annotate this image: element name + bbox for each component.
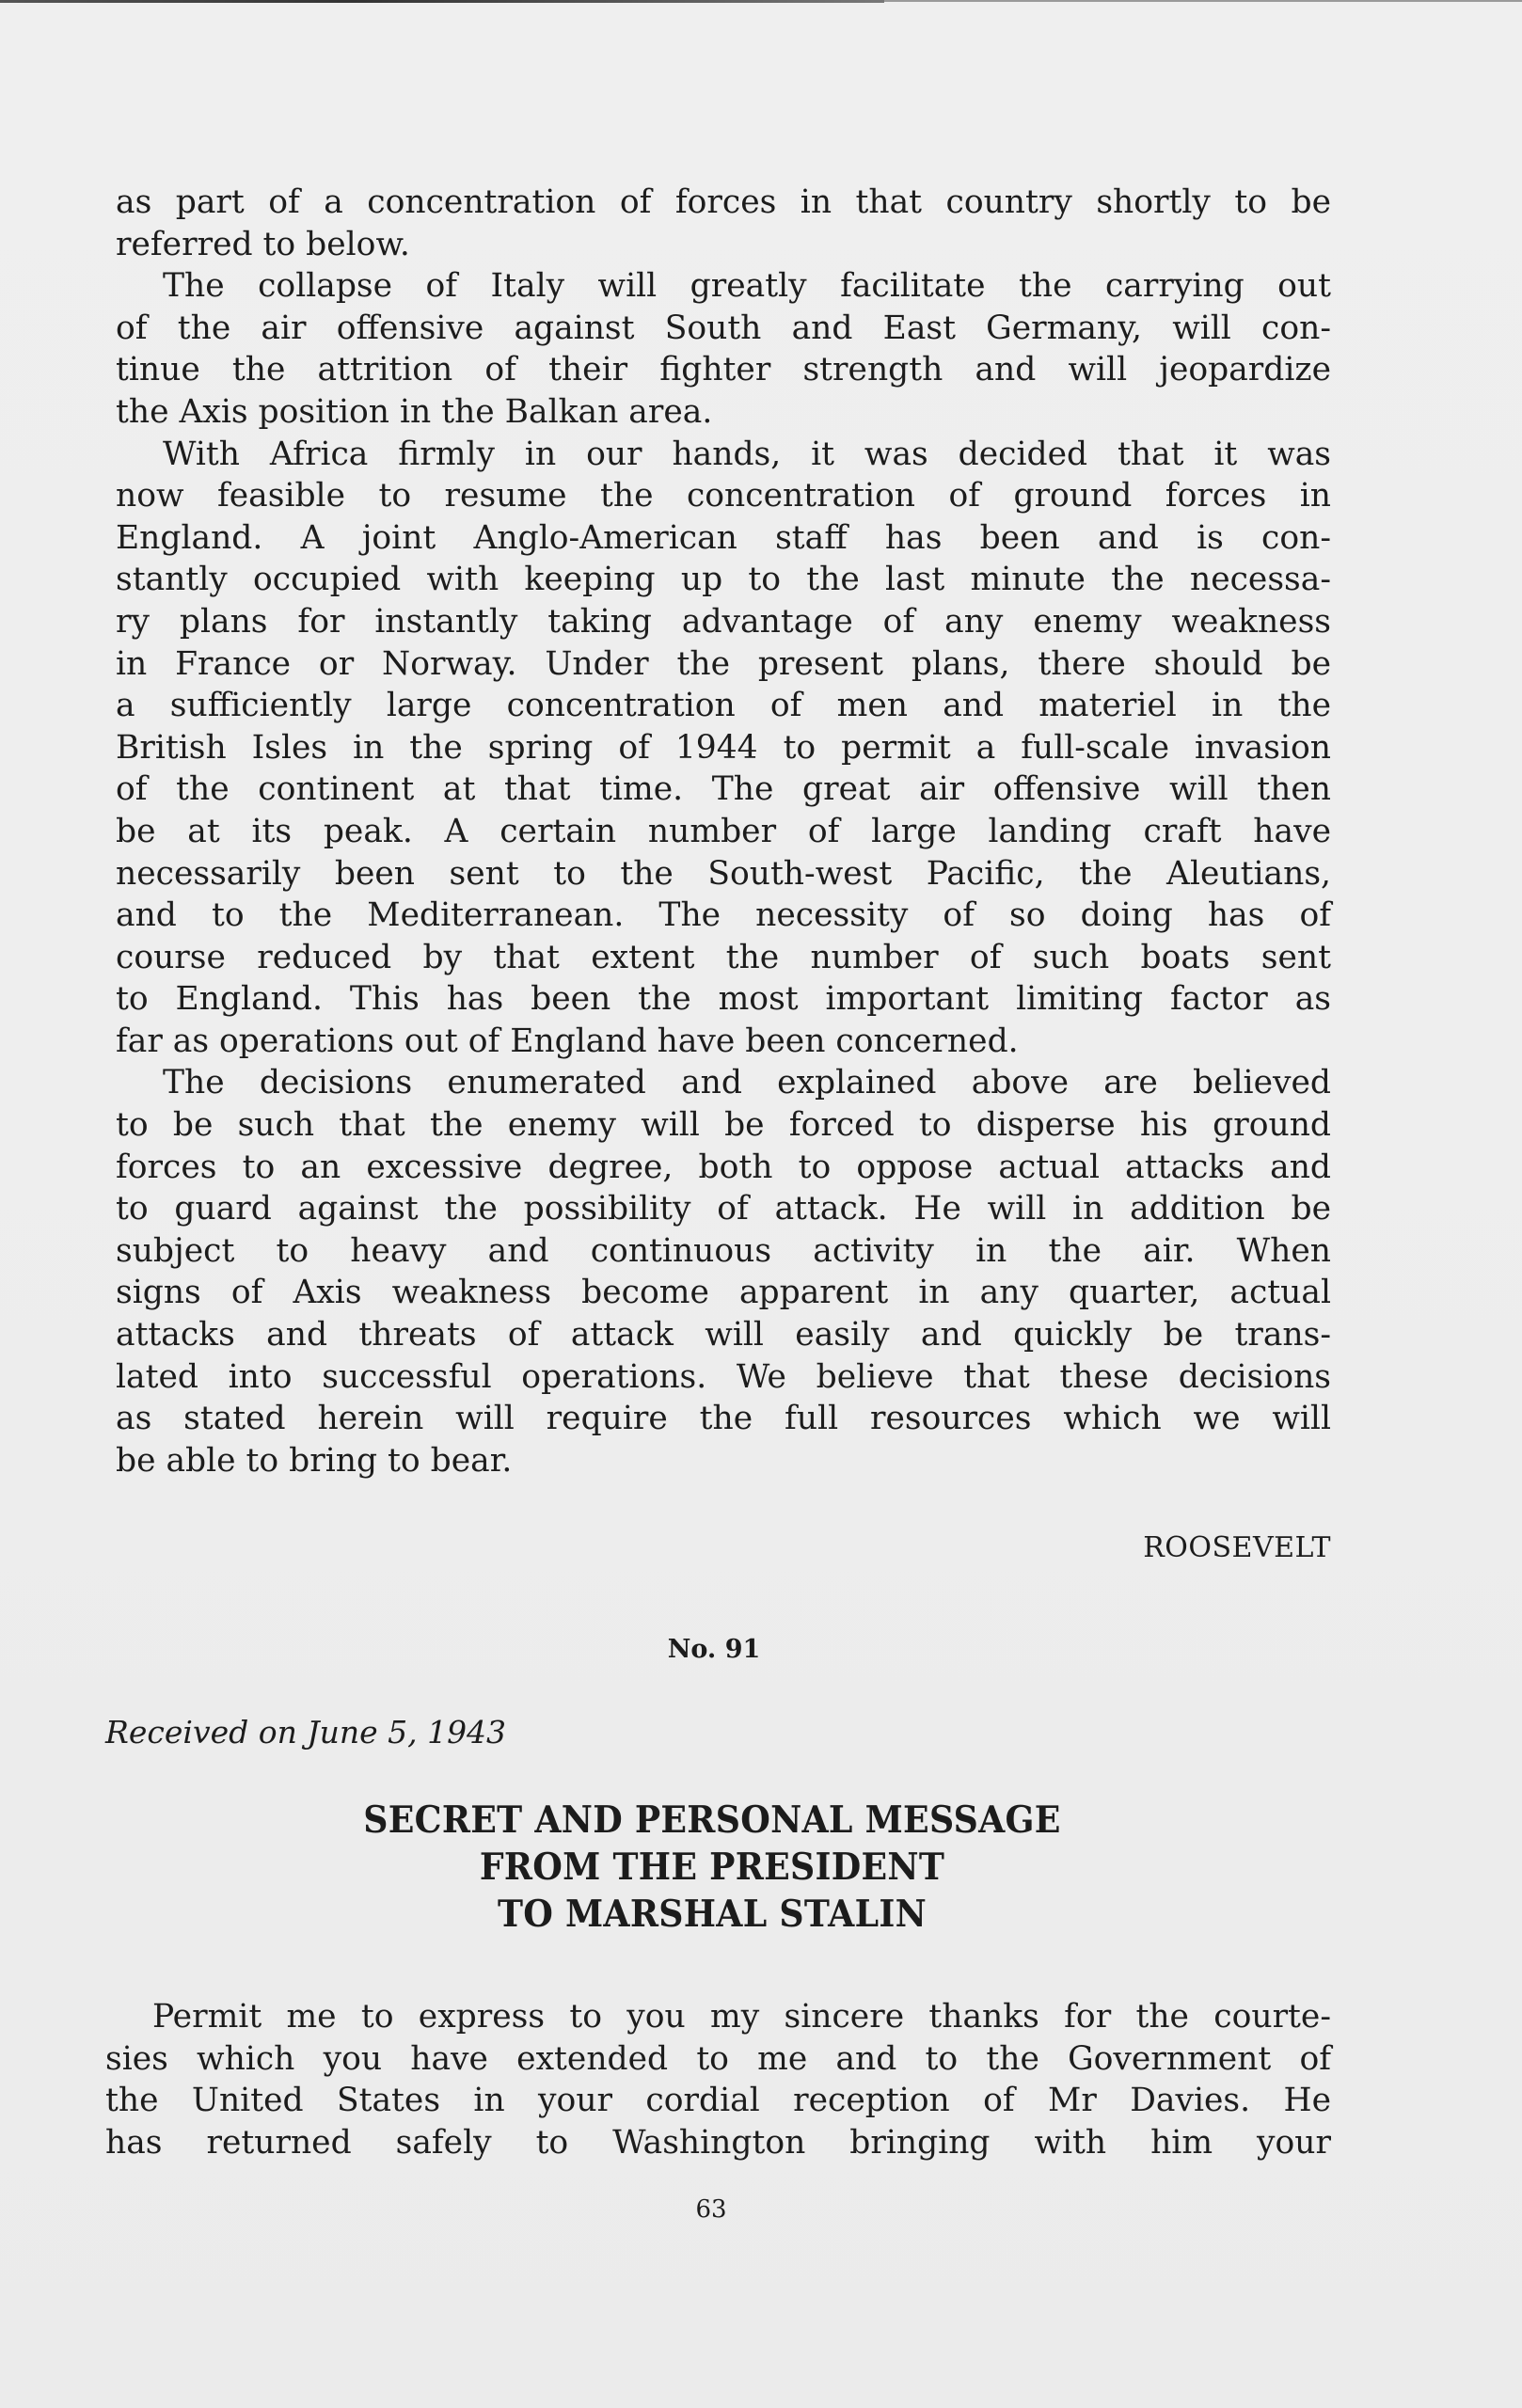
text-line: ry plans for instantly taking advantage …: [116, 601, 1331, 643]
text-line: to guard against the possibility of atta…: [116, 1188, 1331, 1230]
page-number-text: 63: [695, 2195, 726, 2224]
text-line: England. A joint Anglo-American staff ha…: [116, 517, 1331, 560]
paragraph: With Africa firmly in our hands, it was …: [116, 434, 1331, 1063]
heading-line: TO MARSHAL STALIN: [5, 1891, 1420, 1938]
text-line: necessarily been sent to the South-west …: [116, 853, 1331, 895]
text-line: be able to bring to bear.: [116, 1440, 1331, 1482]
text-line: as part of a concentration of forces in …: [116, 182, 1331, 224]
page-top-edge-shadow: [0, 0, 884, 3]
text-line: the Axis position in the Balkan area.: [116, 391, 1331, 434]
text-line: now feasible to resume the concentration…: [116, 475, 1331, 517]
text-line: of the continent at that time. The great…: [116, 768, 1331, 811]
text-line: to England. This has been the most impor…: [116, 978, 1331, 1021]
paragraph: as part of a concentration of forces in …: [116, 182, 1331, 265]
text-line: lated into successful operations. We bel…: [116, 1356, 1331, 1399]
text-line: British Isles in the spring of 1944 to p…: [116, 727, 1331, 769]
page-top-edge: [884, 0, 1522, 2]
text-line: be at its peak. A certain number of larg…: [116, 811, 1331, 853]
text-line: a sufficiently large concentration of me…: [116, 685, 1331, 727]
paragraph: Permit me to express to you my sincere t…: [105, 1996, 1331, 2163]
paragraph: The decisions enumerated and explained a…: [116, 1062, 1331, 1481]
text-line: as stated herein will require the full r…: [116, 1398, 1331, 1440]
message-body: Permit me to express to you my sincere t…: [105, 1996, 1331, 2163]
text-line: The collapse of Italy will greatly facil…: [116, 265, 1331, 308]
text-line: far as operations out of England have be…: [116, 1021, 1331, 1063]
letter-body: as part of a concentration of forces in …: [116, 182, 1331, 1481]
text-line: tinue the attrition of their fighter str…: [116, 349, 1331, 391]
received-date: Received on June 5, 1943: [105, 1714, 506, 1751]
text-line: in France or Norway. Under the present p…: [116, 643, 1331, 686]
text-line: With Africa firmly in our hands, it was …: [116, 434, 1331, 476]
text-line: to be such that the enemy will be forced…: [116, 1104, 1331, 1147]
text-line: Permit me to express to you my sincere t…: [105, 1996, 1331, 2038]
text-line: The decisions enumerated and explained a…: [116, 1062, 1331, 1104]
heading-line: FROM THE PRESIDENT: [5, 1844, 1420, 1891]
text-line: stantly occupied with keeping up to the …: [116, 559, 1331, 601]
text-line: subject to heavy and continuous activity…: [116, 1230, 1331, 1273]
heading-line: SECRET AND PERSONAL MESSAGE: [5, 1797, 1420, 1844]
document-number-text: No. 91: [668, 1635, 761, 1664]
text-line: of the air offensive against South and E…: [116, 308, 1331, 350]
document-number: No. 91: [0, 1635, 1522, 1664]
document-page: as part of a concentration of forces in …: [0, 0, 1522, 2408]
message-heading: SECRET AND PERSONAL MESSAGE FROM THE PRE…: [0, 1797, 1522, 1938]
text-line: has returned safely to Washington bringi…: [105, 2122, 1331, 2164]
text-line: course reduced by that extent the number…: [116, 937, 1331, 979]
text-line: sies which you have extended to me and t…: [105, 2038, 1331, 2081]
text-line: attacks and threats of attack will easil…: [116, 1314, 1331, 1356]
page-number: 63: [0, 2195, 1522, 2224]
text-line: and to the Mediterranean. The necessity …: [116, 895, 1331, 937]
paragraph: The collapse of Italy will greatly facil…: [116, 265, 1331, 433]
text-line: forces to an excessive degree, both to o…: [116, 1147, 1331, 1189]
text-line: the United States in your cordial recept…: [105, 2080, 1331, 2122]
text-line: referred to below.: [116, 224, 1331, 266]
signature: ROOSEVELT: [1143, 1531, 1331, 1564]
text-line: signs of Axis weakness become apparent i…: [116, 1272, 1331, 1314]
